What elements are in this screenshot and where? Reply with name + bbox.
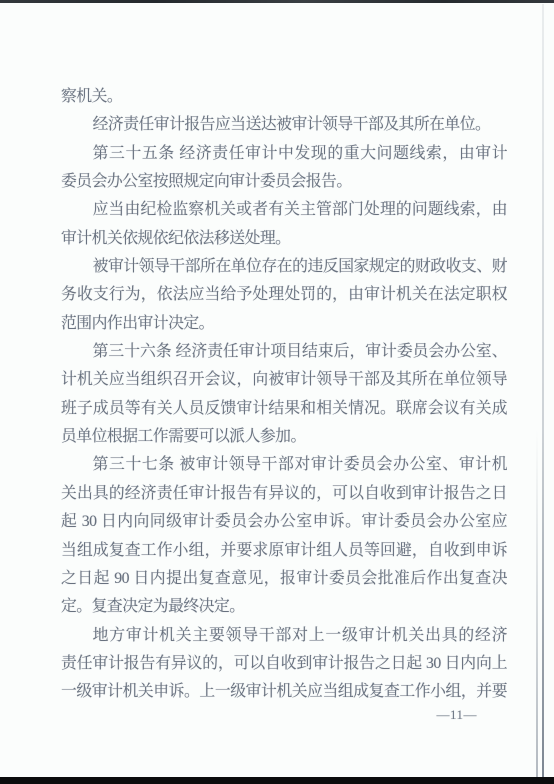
document-line: 起 30 日内向同级审计委员会办公室申诉。审计委员会办公室应 (61, 508, 507, 536)
document-line: 关出具的经济责任审计报告有异议的，可以自收到审计报告之日 (61, 480, 507, 508)
scan-bottom-edge (0, 777, 554, 784)
document-line: 务收支行为，依法应当给予处理处罚的，由审计机关在法定职权 (61, 281, 507, 309)
scan-top-edge (0, 0, 554, 3)
document-line: 经济责任审计报告应当送达被审计领导干部及其所在单位。 (61, 111, 507, 139)
document-line: 被审计领导干部所在单位存在的违反国家规定的财政收支、财 (61, 253, 507, 281)
document-line: 定。复查决定为最终决定。 (61, 593, 507, 621)
document-body: 察机关。经济责任审计报告应当送达被审计领导干部及其所在单位。第三十五条 经济责任… (61, 83, 507, 707)
document-line: 审计机关依规依纪依法移送处理。 (61, 225, 507, 253)
page-right-edge-line-inner (536, 430, 538, 777)
document-line: 之日起 90 日内提出复查意见，报审计委员会批准后作出复查决 (61, 565, 507, 593)
document-line: 计机关应当组织召开会议，向被审计领导干部及其所在单位领导 (61, 366, 507, 394)
document-line: 责任审计报告有异议的，可以自收到审计报告之日起 30 日内向上 (61, 650, 507, 678)
document-line: 第三十七条 被审计领导干部对审计委员会办公室、审计机 (61, 451, 507, 479)
page-number: —11— (436, 707, 477, 722)
document-line: 一级审计机关申诉。上一级审计机关应当组成复查工作小组，并要 (61, 678, 507, 706)
document-line: 应当由纪检监察机关或者有关主管部门处理的问题线索，由 (61, 196, 507, 224)
document-line: 委员会办公室按照规定向审计委员会报告。 (61, 168, 507, 196)
document-line: 第三十五条 经济责任审计中发现的重大问题线索，由审计 (61, 140, 507, 168)
page-right-edge-line (542, 4, 544, 777)
document-line: 当组成复查工作小组，并要求原审计组人员等回避，自收到申诉 (61, 537, 507, 565)
document-line: 员单位根据工作需要可以派人参加。 (61, 423, 507, 451)
document-line: 地方审计机关主要领导干部对上一级审计机关出具的经济 (61, 622, 507, 650)
document-line: 第三十六条 经济责任审计项目结束后，审计委员会办公室、审 (61, 338, 507, 366)
document-line: 范围内作出审计决定。 (61, 310, 507, 338)
scanned-document-page: 察机关。经济责任审计报告应当送达被审计领导干部及其所在单位。第三十五条 经济责任… (0, 0, 554, 784)
document-line: 察机关。 (61, 83, 507, 111)
document-line: 班子成员等有关人员反馈审计结果和相关情况。联席会议有关成 (61, 395, 507, 423)
